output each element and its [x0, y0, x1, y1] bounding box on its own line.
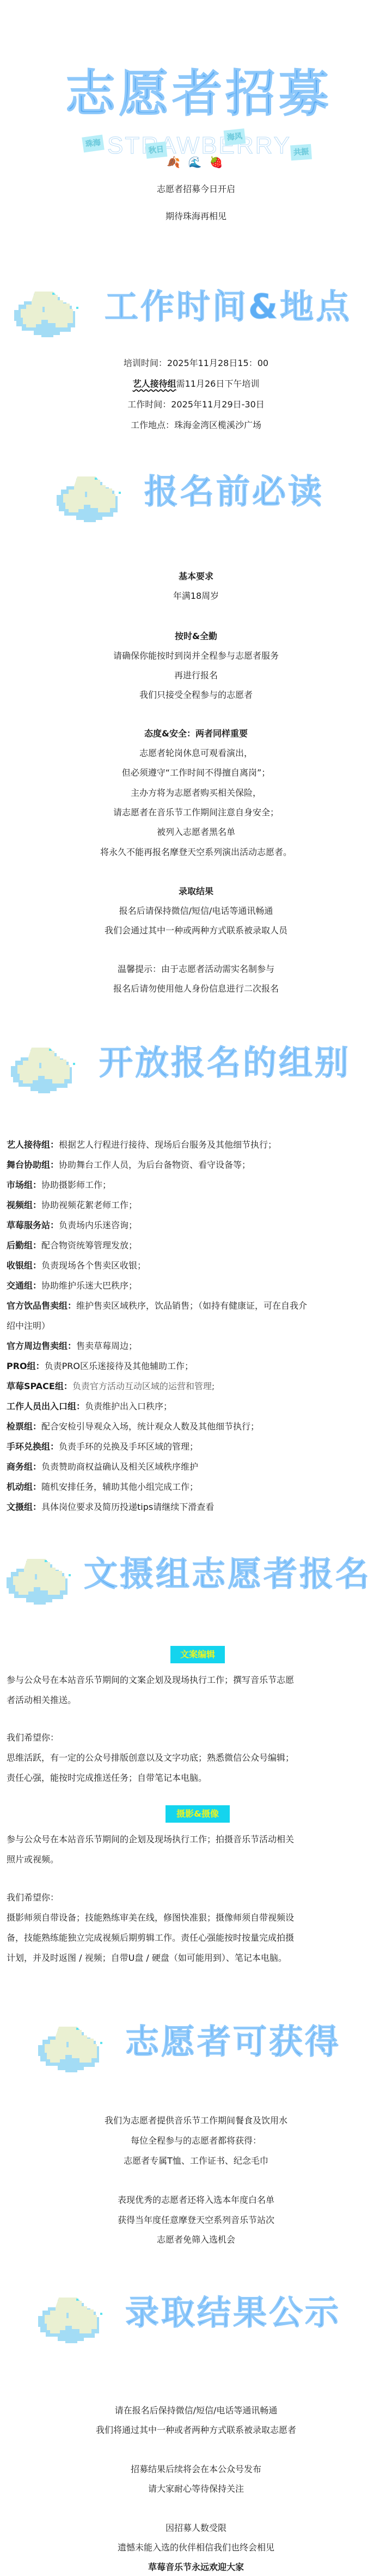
artist-group-label: 艺人接待组 — [133, 379, 176, 389]
closing-line: 草莓音乐节永远欢迎大家 — [0, 2561, 392, 2574]
cloud-icon — [54, 462, 136, 522]
benefit-line: 志愿者免筛入选机会 — [0, 2233, 392, 2246]
hero-title: 志愿者招募 — [60, 48, 338, 140]
safety-heading: 态度&安全：两者同样重要 — [0, 727, 392, 740]
tip-line: 温馨提示：由于志愿者活动需实名制参与 — [0, 963, 392, 976]
intro-line: 志愿者招募今日开启 — [0, 183, 392, 196]
emoji-row: 🍂 🌊 🍓 — [0, 156, 392, 169]
group-item: 视频组：协助视频花絮老师工作； — [7, 1195, 388, 1215]
group-item: 市场组：协助摄影师工作； — [7, 1175, 388, 1195]
badge-photo: 摄影&摄像 — [166, 1805, 230, 1823]
group-item-continued: 绍中注明） — [7, 1316, 388, 1336]
copywriting-desc: 参与公众号在本站音乐节期间的文案企划及现场执行工作；撰写音乐节志愿 者活动相关推… — [7, 1670, 388, 1710]
section-title: 志愿者可获得 — [125, 2020, 341, 2064]
result-line: 我们将通过其中一种或者两种方式联系被录取志愿者 — [0, 2424, 392, 2437]
group-item: 收银组：负责现场各个售卖区收银； — [7, 1255, 388, 1275]
result-line: 遗憾未能入选的伙伴相信我们也终会相见 — [0, 2541, 392, 2554]
wave-icon: 🌊 — [188, 156, 204, 169]
group-item: 艺人接待组：根据艺人行程进行接待、现场后台服务及其他细节执行； — [7, 1135, 388, 1155]
result-line: 报名后请保持微信/短信/电话等通讯畅通 — [0, 905, 392, 918]
cloud-icon — [12, 277, 94, 337]
photo-desc: 参与公众号在本站音乐节期间的企划及现场执行工作；拍摄音乐节活动相关 照片或视频。 — [7, 1829, 388, 1869]
autumn-leaves-icon: 🍂 — [167, 156, 182, 169]
group-item: 检票组：配合安检引导观众入场，统计观众人数及其他细节执行； — [7, 1416, 388, 1436]
result-line: 因招募人数受限 — [0, 2522, 392, 2535]
cloud-icon — [9, 1033, 90, 1093]
safety-line: 主办方将为志愿者购买相关保险， — [0, 787, 392, 800]
safety-line: 被列入志愿者黑名单 — [0, 826, 392, 839]
section-title: 工作时间&地点 — [105, 285, 352, 329]
section-title: 开放报名的组别 — [99, 1041, 351, 1085]
group-item: 手环兑换组：负责手环的兑换及手环区域的管理； — [7, 1436, 388, 1457]
section-title: 文摄组志愿者报名 — [84, 1552, 371, 1596]
group-item: 官方饮品售卖组：维护售卖区域秩序，饮品销售；（如持有健康证，可在自我介 — [7, 1296, 388, 1316]
badge-copywriting: 文案编辑 — [170, 1646, 225, 1663]
strawberry-icon: 🍓 — [210, 156, 225, 169]
group-item: 商务组：负责赞助商权益确认及相关区域秩序维护 — [7, 1457, 388, 1477]
cloud-icon — [36, 2013, 118, 2072]
hero-banner: STRAWBERRY 志愿者招募 珠海 秋日 海风 共振 — [0, 0, 392, 179]
benefit-line: 每位全程参与的志愿者都将获得： — [0, 2134, 392, 2147]
group-list: 艺人接待组：根据艺人行程进行接待、现场后台服务及其他细节执行； 舞台协助组：协助… — [7, 1135, 388, 1517]
section-header-groups: 开放报名的组别 — [9, 1033, 390, 1093]
section-header-benefits: 志愿者可获得 — [36, 2013, 363, 2072]
copywriting-hope: 我们希望你： 思维活跃，有一定的公众号排版创意以及文字功底；熟悉微信公众号编辑；… — [7, 1727, 388, 1788]
result-line: 我们会通过其中一种或两种方式联系被录取人员 — [0, 924, 392, 937]
result-line: 请大家耐心等待保持关注 — [0, 2482, 392, 2496]
work-location: 工作地点：珠海金湾区榄溪沙广场 — [0, 419, 392, 432]
safety-line: 将永久不能再报名摩登天空系列演出活动志愿者。 — [0, 846, 392, 859]
artist-training-note: 艺人接待组需11月26日下午培训 — [0, 377, 392, 391]
section-header-media: 文摄组志愿者报名 — [4, 1545, 392, 1605]
section-title: 报名前必读 — [144, 470, 324, 513]
group-item: PRO组：负责PRO区乐迷接待及其他辅助工作； — [7, 1356, 388, 1376]
result-line: 招募结果后续将会在本公众号发布 — [0, 2463, 392, 2476]
attendance-line: 请确保你能按时到岗并全程参与志愿者服务 — [0, 649, 392, 662]
group-item: 交通组：协助维护乐迷大巴秩序； — [7, 1275, 388, 1296]
benefit-line: 获得当年度任意摩登天空系列音乐节站次 — [0, 2214, 392, 2227]
cloud-icon — [4, 1545, 86, 1605]
benefit-line: 表现优秀的志愿者还将入选本年度白名单 — [0, 2194, 392, 2207]
artist-note: 需11月26日下午培训 — [176, 379, 260, 389]
hero-tag: 珠海 — [82, 134, 105, 152]
group-item: 文摄组：具体岗位要求及简历投递tips请继续下滑查看 — [7, 1497, 388, 1517]
group-item: 后勤组：配合物资统筹管理发放； — [7, 1235, 388, 1255]
group-item: 舞台协助组：协助舞台工作人员，为后台备物资、看守设备等； — [7, 1155, 388, 1175]
group-item: 草莓服务站：负责场内乐迷咨询； — [7, 1215, 388, 1235]
group-item: 官方周边售卖组：售卖草莓周边； — [7, 1336, 388, 1356]
cloud-icon — [36, 2283, 118, 2343]
hero-tag: 海风 — [224, 128, 246, 146]
group-item: 工作人员出入口组：负责维护出入口秩序； — [7, 1396, 388, 1416]
photo-hope: 我们希望你： 摄影师须自带设备；技能熟练审美在线，修图快准狠；摄像师须自带视频设… — [7, 1887, 388, 1968]
attendance-line: 再进行报名 — [0, 669, 392, 682]
attendance-line: 我们只接受全程参与的志愿者 — [0, 689, 392, 702]
group-item: 草莓SPACE组：负责官方活动互动区域的运营和管理; — [7, 1376, 388, 1396]
benefit-line: 志愿者专属T恤、工作证书、纪念毛巾 — [0, 2154, 392, 2168]
section-title: 录取结果公示 — [125, 2291, 341, 2334]
work-time: 工作时间：2025年11月29日-30日 — [0, 398, 392, 411]
safety-line: 请志愿者在音乐节工作期间注意自身安全； — [0, 806, 392, 819]
basic-heading: 基本要求 — [0, 570, 392, 583]
benefit-line: 我们为志愿者提供音乐节工作期间餐食及饮用水 — [0, 2114, 392, 2127]
training-time: 培训时间：2025年11月28日15：00 — [0, 357, 392, 370]
result-heading: 录取结果 — [0, 885, 392, 898]
group-item: 机动组：随机安排任务，辅助其他小组完成工作； — [7, 1477, 388, 1497]
intro-line: 期待珠海再相见 — [0, 210, 392, 223]
result-line: 请在报名后保持微信/短信/电话等通讯畅通 — [0, 2404, 392, 2417]
section-header-time: 工作时间&地点 — [12, 277, 388, 337]
attendance-heading: 按时&全勤 — [0, 630, 392, 643]
section-header-must-read: 报名前必读 — [54, 462, 359, 522]
basic-text: 年满18周岁 — [0, 590, 392, 603]
safety-line: 志愿者轮岗休息可观看演出， — [0, 747, 392, 760]
safety-line: 但必须遵守“工作时间不得擅自离岗”； — [0, 766, 392, 779]
section-header-results: 录取结果公示 — [36, 2283, 363, 2343]
tip-line: 报名后请勿使用他人身份信息进行二次报名 — [0, 982, 392, 995]
